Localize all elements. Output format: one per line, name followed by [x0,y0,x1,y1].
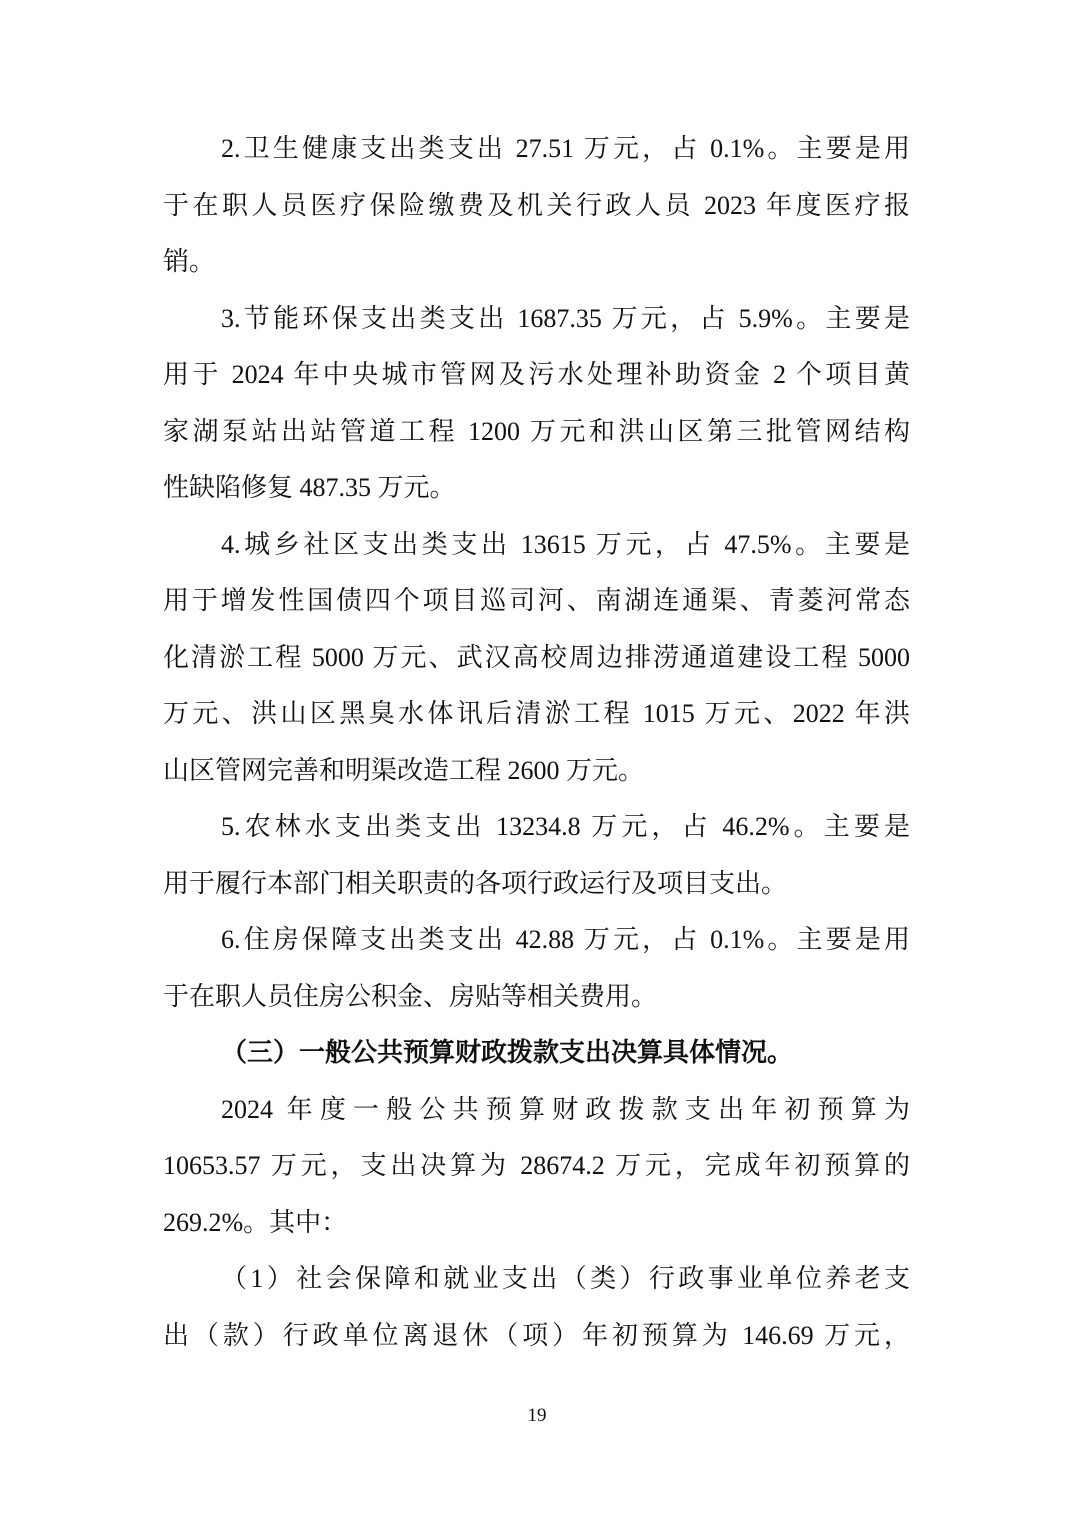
doc-line: 2024 年度一般公共预算财政拨款支出年初预算为 [163,1082,910,1139]
doc-line: 2.卫生健康支出类支出 27.51 万元，占 0.1%。主要是用 [163,121,910,178]
paragraph-health-expenditure: 2.卫生健康支出类支出 27.51 万元，占 0.1%。主要是用 于在职人员医疗… [163,121,910,291]
doc-line: 于在职人员住房公积金、房贴等相关费用。 [163,969,910,1026]
page-number: 19 [0,1402,1074,1430]
doc-heading-line: （三）一般公共预算财政拨款支出决算具体情况。 [163,1025,910,1082]
doc-line: 用于增发性国债四个项目巡司河、南湖连通渠、青菱河常态 [163,573,910,630]
paragraph-energy-conservation-expenditure: 3.节能环保支出类支出 1687.35 万元，占 5.9%。主要是 用于 202… [163,291,910,517]
doc-line: 销。 [163,234,910,291]
doc-line: 5.农林水支出类支出 13234.8 万元，占 46.2%。主要是 [163,799,910,856]
doc-line: 家湖泵站出站管道工程 1200 万元和洪山区第三批管网结构 [163,404,910,461]
paragraph-agriculture-forestry-water-expenditure: 5.农林水支出类支出 13234.8 万元，占 46.2%。主要是 用于履行本部… [163,799,910,912]
document-page: 2.卫生健康支出类支出 27.51 万元，占 0.1%。主要是用 于在职人员医疗… [0,0,1074,1520]
doc-line: 出（款）行政单位离退休（项）年初预算为 146.69 万元， [163,1308,910,1365]
doc-line: 于在职人员医疗保险缴费及机关行政人员 2023 年度医疗报 [163,178,910,235]
doc-line: 269.2%。其中： [163,1195,910,1252]
paragraph-budget-overview: 2024 年度一般公共预算财政拨款支出年初预算为 10653.57 万元，支出决… [163,1082,910,1252]
paragraph-housing-security-expenditure: 6.住房保障支出类支出 42.88 万元，占 0.1%。主要是用 于在职人员住房… [163,912,910,1025]
doc-line: 山区管网完善和明渠改造工程 2600 万元。 [163,743,910,800]
paragraph-urban-rural-community-expenditure: 4.城乡社区支出类支出 13615 万元，占 47.5%。主要是 用于增发性国债… [163,517,910,800]
doc-line: 万元、洪山区黑臭水体讯后清淤工程 1015 万元、2022 年洪 [163,686,910,743]
section-heading: （三）一般公共预算财政拨款支出决算具体情况。 [163,1025,910,1082]
doc-line: 用于 2024 年中央城市管网及污水处理补助资金 2 个项目黄 [163,347,910,404]
doc-line: 用于履行本部门相关职责的各项行政运行及项目支出。 [163,856,910,913]
document-body: 2.卫生健康支出类支出 27.51 万元，占 0.1%。主要是用 于在职人员医疗… [163,121,910,1364]
doc-line: 6.住房保障支出类支出 42.88 万元，占 0.1%。主要是用 [163,912,910,969]
paragraph-social-security-item: （1）社会保障和就业支出（类）行政事业单位养老支 出（款）行政单位离退休（项）年… [163,1251,910,1364]
doc-line: 4.城乡社区支出类支出 13615 万元，占 47.5%。主要是 [163,517,910,574]
doc-line: （1）社会保障和就业支出（类）行政事业单位养老支 [163,1251,910,1308]
doc-line: 性缺陷修复 487.35 万元。 [163,460,910,517]
doc-line: 10653.57 万元，支出决算为 28674.2 万元，完成年初预算的 [163,1138,910,1195]
doc-line: 化清淤工程 5000 万元、武汉高校周边排涝通道建设工程 5000 [163,630,910,687]
doc-line: 3.节能环保支出类支出 1687.35 万元，占 5.9%。主要是 [163,291,910,348]
